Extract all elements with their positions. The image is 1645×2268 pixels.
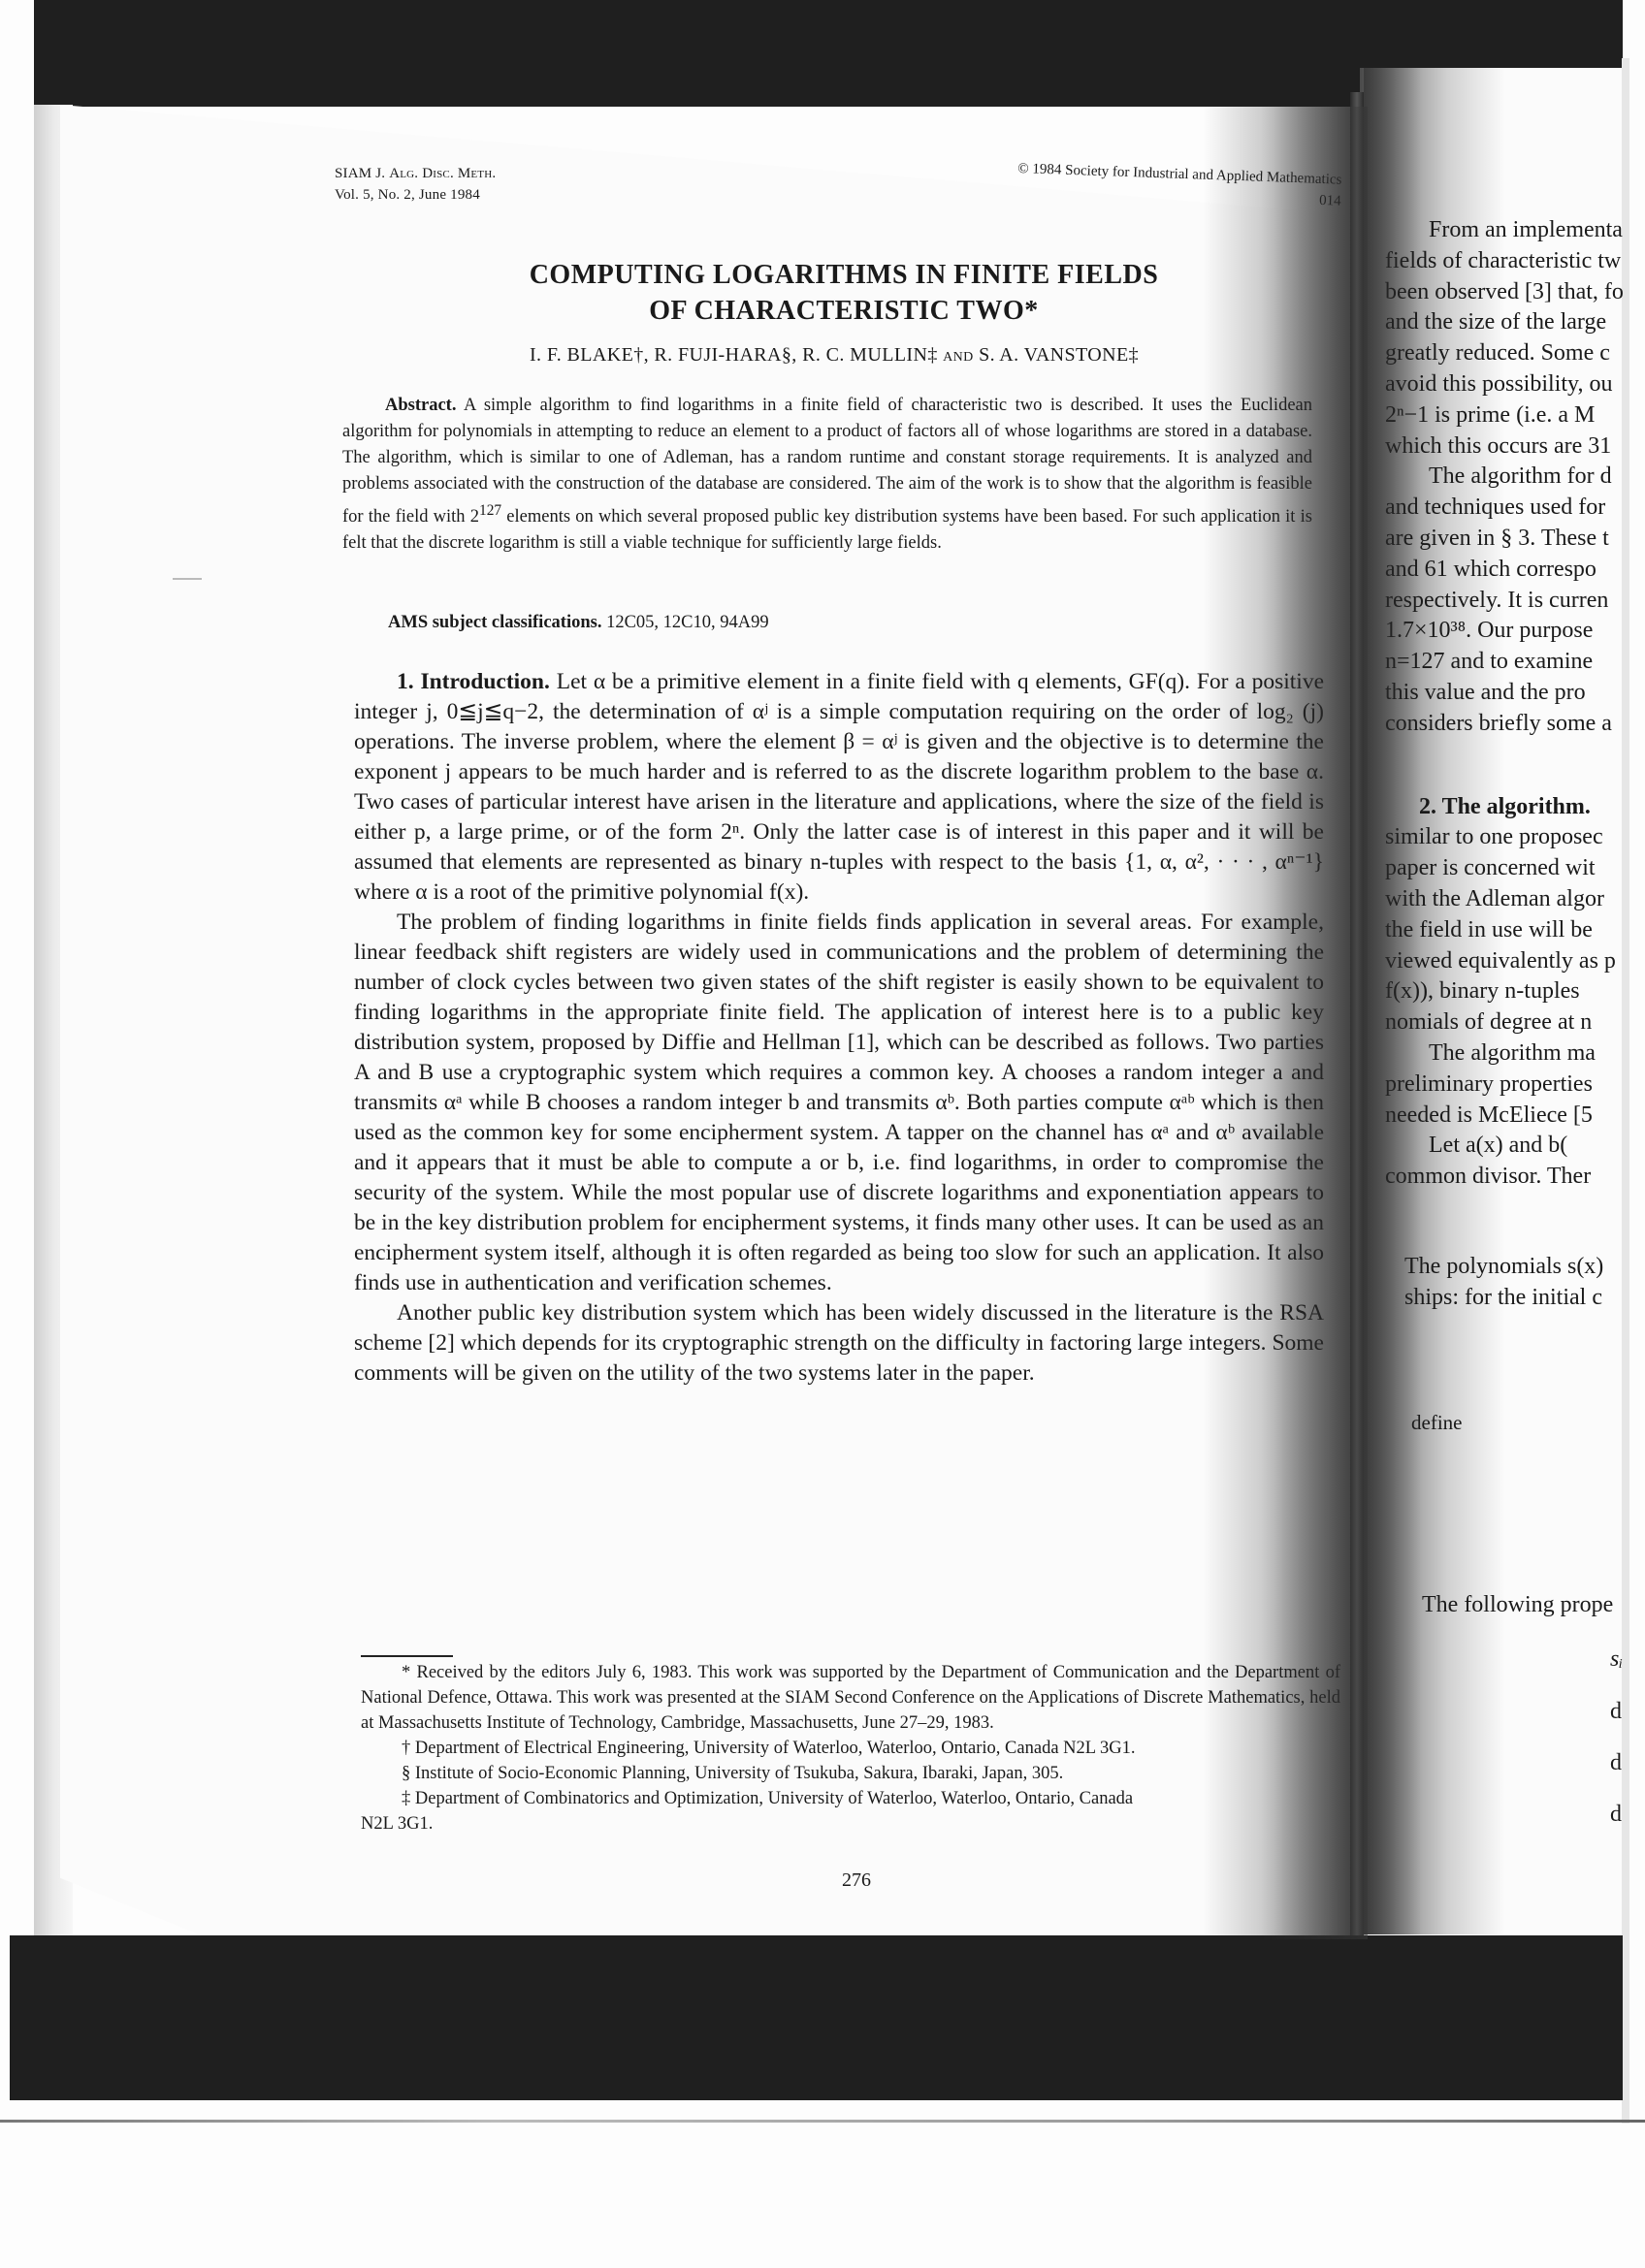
paragraph: Another public key distribution system w… xyxy=(354,1298,1324,1389)
footnote: ‡ Department of Combinatorics and Optimi… xyxy=(361,1786,1340,1811)
equation-fragment: d xyxy=(1610,1750,1622,1776)
journal-name: SIAM J. Alg. Disc. Meth. xyxy=(335,163,496,184)
paragraph: 1. Introduction. Let α be a primitive el… xyxy=(354,667,1324,908)
following-properties-line: The following prope xyxy=(1422,1592,1613,1618)
journal-header: SIAM J. Alg. Disc. Meth. Vol. 5, No. 2, … xyxy=(335,163,496,206)
section-heading: 2. The algorithm. xyxy=(1385,792,1645,823)
journal-volume: Vol. 5, No. 2, June 1984 xyxy=(335,184,496,206)
equation-fragment: d xyxy=(1610,1699,1622,1725)
equation-fragment: sᵢ xyxy=(1610,1646,1623,1673)
define-label: define xyxy=(1411,1411,1462,1435)
introduction-section: 1. Introduction. Let α be a primitive el… xyxy=(354,667,1324,1389)
book-spine xyxy=(1350,92,1364,1939)
paper-title: COMPUTING LOGARITHMS IN FINITE FIELDS OF… xyxy=(407,257,1280,329)
footnote: * Received by the editors July 6, 1983. … xyxy=(361,1660,1340,1736)
abstract: Abstract. A simple algorithm to find log… xyxy=(342,393,1312,557)
section-heading: 1. Introduction. xyxy=(397,669,550,694)
right-page-text: From an implementa fields of characteris… xyxy=(1385,215,1645,1193)
page-number: 276 xyxy=(842,1869,871,1892)
footnote: § Institute of Socio-Economic Planning, … xyxy=(361,1761,1340,1786)
author-list: I. F. BLAKE†, R. FUJI-HARA§, R. C. MULLI… xyxy=(369,344,1300,367)
footnote: † Department of Electrical Engineering, … xyxy=(361,1736,1340,1761)
paragraph: The problem of finding logarithms in fin… xyxy=(354,908,1324,1298)
ams-classifications: AMS subject classifications. 12C05, 12C1… xyxy=(388,613,769,633)
footnote: N2L 3G1. xyxy=(361,1811,1340,1837)
footnotes: * Received by the editors July 6, 1983. … xyxy=(361,1660,1340,1837)
footnote-rule xyxy=(361,1655,453,1657)
abstract-label: Abstract. xyxy=(385,396,456,415)
stray-mark xyxy=(173,578,202,580)
scan-edge-line xyxy=(0,2120,1645,2123)
equation-fragment: d xyxy=(1610,1802,1622,1828)
right-page-lower-text: The polynomials s(x) ships: for the init… xyxy=(1404,1251,1645,1313)
scanner-bed-bottom xyxy=(10,1935,1623,2100)
